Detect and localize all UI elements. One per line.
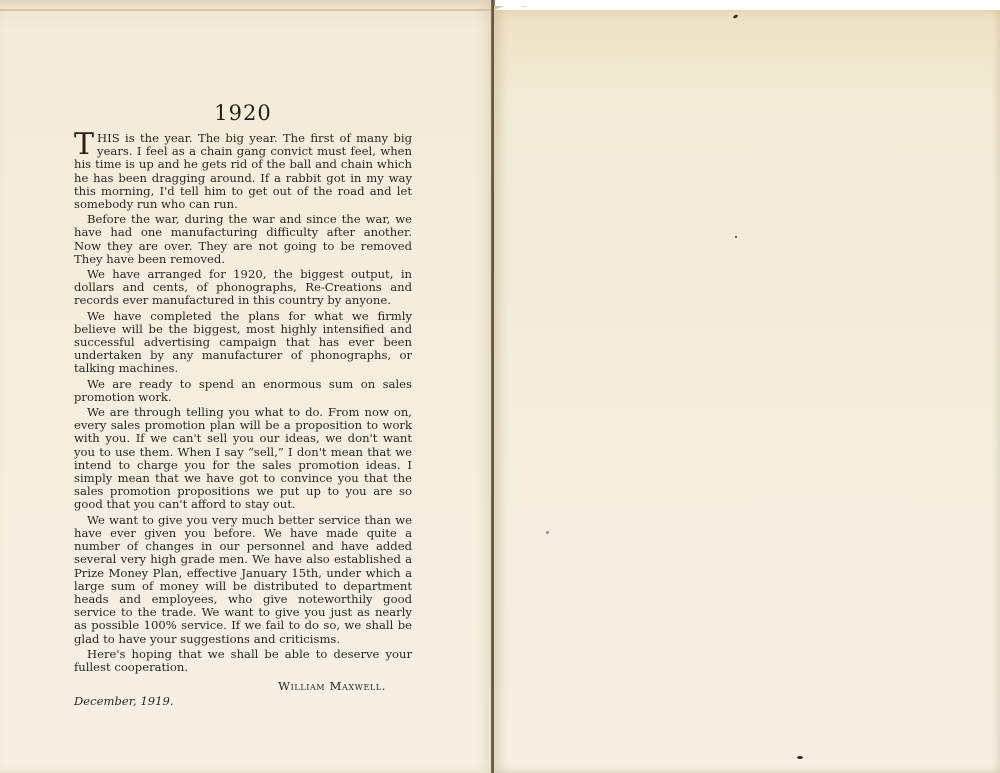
letter-body: 1920 THIS is the year. The big year. The… — [74, 100, 412, 709]
page-title: 1920 — [74, 100, 412, 126]
paragraph-2: Before the war, during the war and since… — [74, 213, 412, 266]
paragraph-7: We want to give you very much better ser… — [74, 514, 412, 646]
signature: William Maxwell. — [74, 680, 412, 693]
dateline: December, 1919. — [74, 695, 412, 708]
right-page-blank — [494, 6, 1000, 773]
paper-speck — [546, 531, 549, 534]
paper-speck — [735, 236, 737, 238]
paragraph-1: THIS is the year. The big year. The firs… — [74, 132, 412, 211]
paragraph-3: We have arranged for 1920, the biggest o… — [74, 268, 412, 308]
drop-cap: T — [74, 133, 94, 157]
left-page: 1920 THIS is the year. The big year. The… — [0, 0, 494, 773]
paper-speck — [797, 756, 803, 759]
paragraph-4: We have completed the plans for what we … — [74, 310, 412, 376]
scanned-book-spread: 1920 THIS is the year. The big year. The… — [0, 0, 1000, 773]
torn-top-edge — [494, 0, 1000, 10]
paragraph-8: Here's hoping that we shall be able to d… — [74, 648, 412, 674]
paragraph-5: We are ready to spend an enormous sum on… — [74, 378, 412, 404]
paragraph-6: We are through telling you what to do. F… — [74, 406, 412, 512]
